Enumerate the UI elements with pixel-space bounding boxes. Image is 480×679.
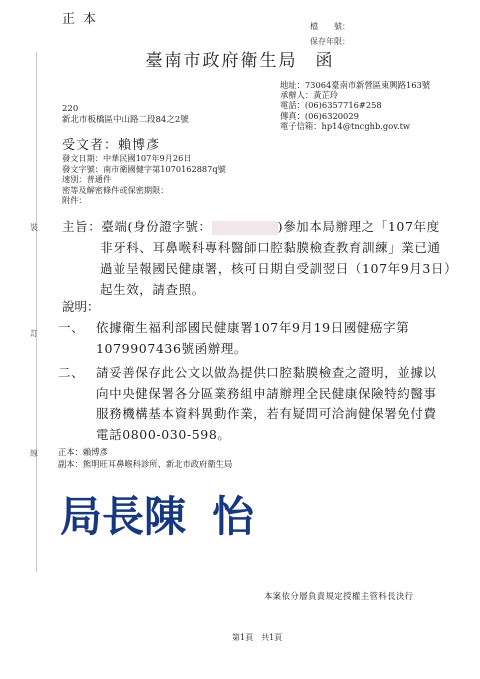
delivery-speed: 速別：普通件 xyxy=(62,174,226,185)
explanation-label: 說明： xyxy=(62,297,100,315)
subject-first-line: 主旨：臺端(身份證字號：)參加本局辦理之「107年度 xyxy=(62,216,462,237)
explanation-item-1: 一、 依據衛生福利部國民健康署107年9月19日國健癌字第 1079907436… xyxy=(96,318,466,359)
sender-email: 電子信箱：hp14@tncghb.gov.tw xyxy=(280,121,430,131)
item-line: 向中央健保署各分區業務組申請辦理全民健康保險特約醫事 xyxy=(96,384,466,405)
subject-section: 主旨：臺端(身份證字號：)參加本局辦理之「107年度 非牙科、耳鼻喉科專科醫師口… xyxy=(62,216,462,300)
document-meta: 發文日期：中華民國107年9月26日 發文字號：南市衛國健字第107016288… xyxy=(62,153,226,206)
subject-line-4: 起生效，請查照。 xyxy=(62,279,462,300)
sender-phone: 電話：(06)6357716#258 xyxy=(280,100,430,110)
doc-type: 函 xyxy=(316,51,335,71)
subject-line-3: 過並呈報國民健康署，核可日期自受訓翌日（107年9月3日） xyxy=(62,258,462,279)
attachments: 附件： xyxy=(62,195,226,206)
sender-contact-person: 承辦人：黃芷玲 xyxy=(280,90,430,100)
sender-fax: 傳真：(06)6320029 xyxy=(280,111,430,121)
binding-mark-zhuang: 裝 xyxy=(30,222,38,233)
copy-type-label: 正本 xyxy=(62,8,104,27)
subject-label: 主旨： xyxy=(62,219,101,234)
item-line: 電話0800-030-598。 xyxy=(96,425,466,446)
binding-line xyxy=(36,52,37,572)
sender-info: 地址：73064臺南市新營區東興路163號 承辦人：黃芷玲 電話：(06)635… xyxy=(280,80,430,131)
redacted-id-number xyxy=(212,221,278,235)
binding-mark-xian: 線 xyxy=(30,448,38,459)
issuer-name: 臺南市政府衛生局 xyxy=(146,51,298,71)
document-title: 臺南市政府衛生局函 xyxy=(0,46,480,71)
item-line: 請妥善保存此公文以做為提供口腔黏膜檢查之證明，並據以 xyxy=(96,363,466,384)
original-recipient: 正本：賴博彥 xyxy=(58,446,232,458)
item-line: 依據衛生福利部國民健康署107年9月19日國健癌字第 xyxy=(96,318,466,339)
page-number: 第1頁 共1頁 xyxy=(232,632,282,643)
item-number: 二、 xyxy=(58,363,84,384)
recipient-street-address: 新北市板橋區中山路二段84之2號 xyxy=(62,115,189,126)
sender-address: 地址：73064臺南市新營區東興路163號 xyxy=(280,80,430,90)
recipient-line: 受文者：賴博彥 xyxy=(62,134,160,153)
signature-title: 局長 xyxy=(60,492,144,541)
signature-surname: 陳 xyxy=(144,492,186,541)
recipient-postal-code: 220 xyxy=(62,104,189,115)
subject-line-2: 非牙科、耳鼻喉科專科醫師口腔黏膜檢查教育訓練」業已通 xyxy=(62,237,462,258)
recipient-address: 220 新北市板橋區中山路二段84之2號 xyxy=(62,104,189,126)
explanation-item-2: 二、 請妥善保存此公文以做為提供口腔黏膜檢查之證明，並據以 向中央健保署各分區業… xyxy=(96,363,466,445)
delegation-note: 本案依分層負責規定授權主管科長決行 xyxy=(264,590,414,602)
item-number: 一、 xyxy=(58,318,84,339)
classification: 密等及解密條件或保密期限： xyxy=(62,185,226,196)
director-signature: 局長陳怡 xyxy=(60,484,254,544)
cc-recipients: 副本：熊明旺耳鼻喉科診所、新北市政府衛生局 xyxy=(58,458,232,470)
item-line: 服務機構基本資料異動作業，若有疑問可洽詢健保署免付費 xyxy=(96,404,466,425)
signature-given-name: 怡 xyxy=(212,492,254,541)
copies-section: 正本：賴博彥 副本：熊明旺耳鼻喉科診所、新北市政府衛生局 xyxy=(58,446,232,470)
item-line: 1079907436號函辦理。 xyxy=(96,339,466,360)
subject-text-cont: )參加本局辦理之「107年度 xyxy=(278,219,440,234)
file-number-label: 檔 號： xyxy=(310,21,350,32)
document-number: 發文字號：南市衛國健字第1070162887q號 xyxy=(62,164,226,175)
binding-mark-ding: 訂 xyxy=(30,328,38,339)
issue-date: 發文日期：中華民國107年9月26日 xyxy=(62,153,226,164)
subject-text-start: 臺端(身份證字號： xyxy=(101,219,211,234)
